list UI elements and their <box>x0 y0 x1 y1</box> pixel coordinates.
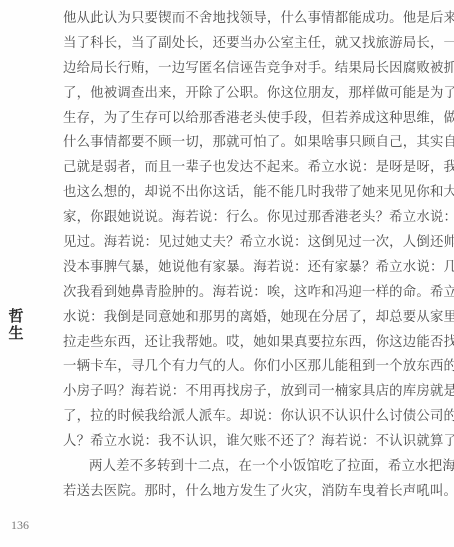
text-line: 了，拉的时候我给派人派车。却说：你认识不认识什么讨债公司的 <box>63 405 429 430</box>
text-line: 了，他被调查出来，开除了公职。你这位朋友，那样做可能是为了 <box>63 82 429 107</box>
text-line: 没本事脾气暴，她说他有家暴。海若说：还有家暴？希立水说：几 <box>63 256 429 281</box>
section-mark-char: 哲 <box>6 308 26 325</box>
text-line: 己就是弱者，而且一辈子也发达不起来。希立水说：是呀是呀，我 <box>63 156 429 181</box>
text-line: 什么事情都要不顾一切，那就可怕了。如果啥事只顾自己，其实自 <box>63 131 429 156</box>
text-line: 当了科长，当了副处长，还要当办公室主任，就又找旅游局长，一 <box>63 32 429 57</box>
text-line: 拉走些东西，还让我帮她。哎，她如果真要拉东西，你这边能否找 <box>63 331 429 356</box>
text-line: 一辆卡车，寻几个有力气的人。你们小区那儿能租到一个放东西的 <box>63 355 429 380</box>
text-line: 边给局长行贿，一边写匿名信诬告竞争对手。结果局长因腐败被抓 <box>63 57 429 82</box>
text-line: 家，你跟她说说。海若说：行么。你见过那香港老头？希立水说：没 <box>63 206 429 231</box>
text-line: 他从此认为只要锲而不舍地找领导，什么事情都能成功。他是后来 <box>63 7 429 32</box>
text-line: 人？希立水说：我不认识，谁欠账不还了？海若说：不认识就算了。 <box>63 430 429 455</box>
text-line: 两人差不多转到十二点，在一个小饭馆吃了拉面，希立水把海 <box>63 455 429 480</box>
text-line: 见过。海若说：见过她丈夫？希立水说：这倒见过一次，人倒还帅， <box>63 231 429 256</box>
text-line: 小房子吗？海若说：不用再找房子，放到司一楠家具店的库房就是 <box>63 380 429 405</box>
text-line: 生存，为了生存可以给那香港老头使手段，但若养成这种思维，做 <box>63 107 429 132</box>
section-mark-char: 生 <box>6 325 26 342</box>
text-line: 水说：我倒是同意她和那男的离婚，她现在分居了，却总要从家里 <box>63 306 429 331</box>
section-mark-calligraphy: 哲 生 <box>6 308 26 342</box>
text-line: 若送去医院。那时，什么地方发生了火灾，消防车曳着长声吼叫。 <box>63 480 429 505</box>
text-line: 次我看到她鼻青脸肿的。海若说：唉，这咋和冯迎一样的命。希立 <box>63 281 429 306</box>
page-number: 136 <box>11 518 29 533</box>
text-line: 也这么想的，却说不出你这话，能不能几时我带了她来见见你和大 <box>63 181 429 206</box>
body-text: 他从此认为只要锲而不舍地找领导，什么事情都能成功。他是后来 当了科长，当了副处长… <box>63 7 429 505</box>
book-page: 他从此认为只要锲而不舍地找领导，什么事情都能成功。他是后来 当了科长，当了副处长… <box>0 0 454 547</box>
